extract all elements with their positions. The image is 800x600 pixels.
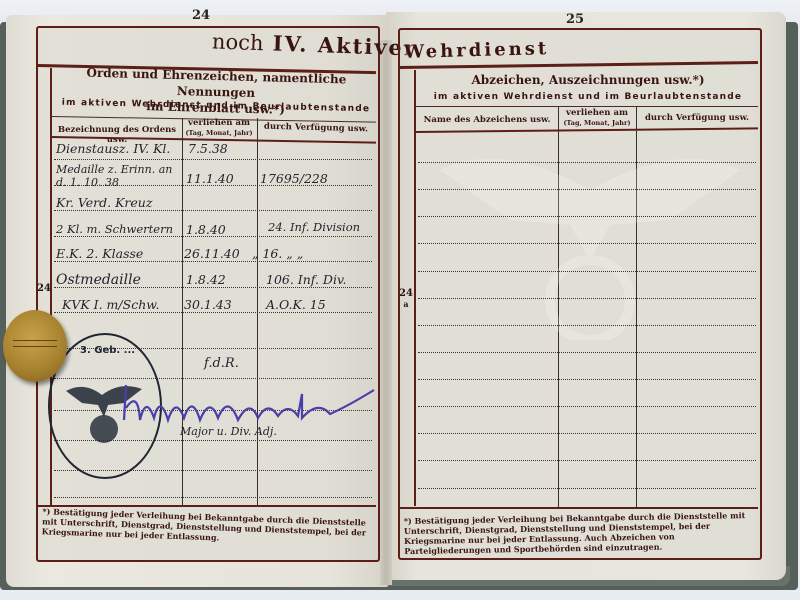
right-side-number: 24 a bbox=[399, 288, 413, 310]
left-side-number: 24 bbox=[37, 283, 51, 294]
book-gutter bbox=[380, 40, 392, 585]
right-row-line bbox=[418, 433, 756, 434]
right-row-line bbox=[418, 162, 756, 163]
watermark-eagle-icon bbox=[440, 140, 740, 340]
entry-date: 26.11.40 bbox=[184, 246, 240, 261]
right-row-line bbox=[418, 298, 756, 299]
entry-date: 7.5.38 bbox=[188, 141, 228, 156]
signature-title: Major u. Div. Adj. bbox=[180, 425, 277, 438]
entry-authority: 24. Inf. Division bbox=[268, 220, 360, 234]
right-row-line bbox=[418, 460, 756, 461]
right-colhdr-top-line bbox=[416, 106, 758, 107]
signature-prefix: f.d.R. bbox=[204, 356, 239, 371]
right-page-number: 25 bbox=[566, 12, 584, 27]
entry-name: Ostmedaille bbox=[56, 272, 141, 288]
entry-date: 30.1.43 bbox=[184, 297, 232, 312]
signature-scrawl-icon bbox=[118, 380, 378, 430]
entry-name: E.K. 2. Klasse bbox=[56, 246, 143, 261]
right-row-line bbox=[418, 379, 756, 380]
entry-authority: 106. Inf. Div. bbox=[266, 272, 347, 287]
left-row-line bbox=[54, 210, 372, 211]
left-row-line bbox=[54, 159, 372, 160]
entry-date: 1.8.40 bbox=[186, 222, 226, 237]
right-row-line bbox=[418, 325, 756, 326]
entry-authority: 17695/228 bbox=[260, 171, 328, 186]
left-row-line bbox=[54, 312, 372, 313]
right-footnote-divider bbox=[400, 507, 758, 509]
coin-inscription bbox=[13, 340, 57, 341]
left-page-number: 24 bbox=[192, 8, 210, 23]
entry-authority: A.O.K. 15 bbox=[266, 297, 326, 312]
entry-date: 1.8.42 bbox=[186, 272, 226, 287]
right-section-subtitle: im aktiven Wehrdienst und im Beurlaubten… bbox=[418, 92, 758, 102]
right-col-header-name: Name des Abzeichens usw. bbox=[418, 115, 556, 125]
right-row-line bbox=[418, 271, 756, 272]
right-header-title: Wehrdienst bbox=[404, 38, 550, 63]
entry-name: 2 Kl. m. Schwertern bbox=[56, 222, 173, 236]
right-row-line bbox=[418, 406, 756, 407]
coin-inscription bbox=[13, 346, 57, 347]
right-margin-line bbox=[414, 70, 416, 506]
right-footnote: *) Bestätigung jeder Verleihung bei Beka… bbox=[404, 510, 755, 556]
right-col-header-authority: durch Verfügung usw. bbox=[638, 113, 756, 123]
entry-name: Dienstausz. IV. Kl. bbox=[56, 141, 170, 156]
left-row-line bbox=[54, 261, 372, 262]
right-row-line bbox=[418, 352, 756, 353]
left-row-line bbox=[54, 497, 372, 498]
entry-name: Kr. Verd. Kreuz bbox=[56, 195, 152, 210]
right-row-line bbox=[418, 488, 756, 489]
left-footnote-divider bbox=[38, 505, 376, 507]
right-row-line bbox=[418, 189, 756, 190]
entry-name: Medaille z. Erinn. an d. 1. 10. 38 bbox=[56, 163, 180, 189]
right-section-title: Abzeichen, Auszeichnungen usw.*) bbox=[418, 72, 758, 88]
right-row-line bbox=[418, 243, 756, 244]
left-col-header-date: verliehen am (Tag, Monat, Jahr) bbox=[183, 118, 255, 138]
coin bbox=[3, 310, 67, 382]
entry-authority: „ 16. „ „ bbox=[252, 246, 303, 261]
right-row-line bbox=[418, 216, 756, 217]
entry-date: 11.1.40 bbox=[186, 171, 234, 186]
stamp-text: 3. Geb. ... bbox=[80, 345, 135, 356]
entry-name: KVK I. m/Schw. bbox=[62, 297, 159, 312]
right-col-header-date: verliehen am (Tag, Monat, Jahr) bbox=[560, 108, 634, 128]
